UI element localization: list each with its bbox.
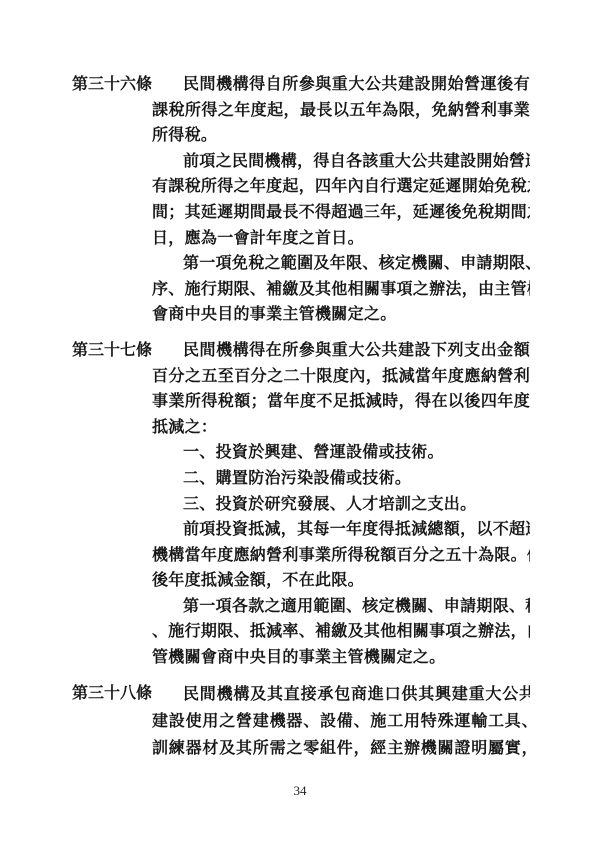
text-line: 民間機構及其直接承包商進口供其興建重大公共	[152, 681, 530, 708]
text-line: 管機關會商中央目的事業主管機關定之。	[152, 645, 530, 671]
text-line: 日，應為一會計年度之首日。	[152, 226, 530, 252]
text-line: 會商中央目的事業主管機關定之。	[152, 302, 530, 328]
text-line: 抵減之：	[152, 415, 530, 441]
paragraph: 民間機構及其直接承包商進口供其興建重大公共建設使用之營建機器、設備、施工用特殊運…	[152, 681, 530, 763]
paragraph: 前項之民間機構，得自各該重大公共建設開始營運後有課稅所得之年度起，四年內自行選定…	[152, 149, 530, 251]
text-line: 間；其延遲期間最長不得超過三年，延遲後免稅期間之始	[152, 200, 530, 226]
text-line: 所得稅。	[152, 123, 530, 149]
article-section: 第三十七條民間機構得在所參與重大公共建設下列支出金額百分之五至百分之二十限度內，…	[72, 338, 530, 671]
text-line: 第一項各款之適用範圍、核定機關、申請期限、程序	[152, 594, 530, 620]
text-line: 一、投資於興建、營運設備或技術。	[152, 440, 530, 466]
text-line: 課稅所得之年度起，最長以五年為限，免納營利事業	[152, 98, 530, 124]
text-line: 機構當年度應納營利事業所得稅額百分之五十為限。但最	[152, 543, 530, 569]
article-body: 民間機構得在所參與重大公共建設下列支出金額百分之五至百分之二十限度內，抵減當年度…	[152, 338, 530, 671]
article-number: 第三十六條	[72, 72, 152, 328]
paragraph: 民間機構得自所參與重大公共建設開始營運後有課稅所得之年度起，最長以五年為限，免納…	[152, 72, 530, 149]
text-line: 前項之民間機構，得自各該重大公共建設開始營運後	[152, 149, 530, 175]
document-page: 第三十六條民間機構得自所參與重大公共建設開始營運後有課稅所得之年度起，最長以五年…	[0, 0, 600, 848]
paragraph: 民間機構得在所參與重大公共建設下列支出金額百分之五至百分之二十限度內，抵減當年度…	[152, 338, 530, 440]
article-body: 民間機構及其直接承包商進口供其興建重大公共建設使用之營建機器、設備、施工用特殊運…	[152, 681, 530, 763]
paragraph: 第一項各款之適用範圍、核定機關、申請期限、程序、施行期限、抵減率、補繳及其他相關…	[152, 594, 530, 671]
paragraph: 第一項免稅之範圍及年限、核定機關、申請期限、程序、施行期限、補繳及其他相關事項之…	[152, 251, 530, 328]
paragraph: 一、投資於興建、營運設備或技術。	[152, 440, 530, 466]
text-line: 二、購置防治污染設備或技術。	[152, 466, 530, 492]
article-section: 第三十八條民間機構及其直接承包商進口供其興建重大公共建設使用之營建機器、設備、施…	[72, 681, 530, 763]
text-line: 百分之五至百分之二十限度內，抵減當年度應納營利	[152, 364, 530, 390]
text-line: 序、施行期限、補繳及其他相關事項之辦法，由主管機關	[152, 277, 530, 303]
text-line: 有課稅所得之年度起，四年內自行選定延遲開始免稅之期	[152, 174, 530, 200]
text-line: 事業所得稅額；當年度不足抵減時，得在以後四年度	[152, 389, 530, 415]
paragraph: 前項投資抵減，其每一年度得抵減總額，以不超過該機構當年度應納營利事業所得稅額百分…	[152, 517, 530, 594]
article-body: 民間機構得自所參與重大公共建設開始營運後有課稅所得之年度起，最長以五年為限，免納…	[152, 72, 530, 328]
page-number: 34	[0, 783, 600, 799]
text-line: 民間機構得在所參與重大公共建設下列支出金額	[152, 338, 530, 364]
paragraph: 三、投資於研究發展、人才培訓之支出。	[152, 492, 530, 518]
text-line: 建設使用之營建機器、設備、施工用特殊運輸工具、	[152, 708, 530, 735]
text-line: 第一項免稅之範圍及年限、核定機關、申請期限、程	[152, 251, 530, 277]
article-number: 第三十八條	[72, 681, 152, 763]
text-line: 訓練器材及其所需之零組件，經主辦機關證明屬實，	[152, 735, 530, 762]
text-line: 民間機構得自所參與重大公共建設開始營運後有	[152, 72, 530, 98]
article-section: 第三十六條民間機構得自所參與重大公共建設開始營運後有課稅所得之年度起，最長以五年…	[72, 72, 530, 328]
paragraph: 二、購置防治污染設備或技術。	[152, 466, 530, 492]
text-line: 後年度抵減金額，不在此限。	[152, 568, 530, 594]
text-line: 三、投資於研究發展、人才培訓之支出。	[152, 492, 530, 518]
text-line: 前項投資抵減，其每一年度得抵減總額，以不超過該	[152, 517, 530, 543]
text-line: 、施行期限、抵減率、補繳及其他相關事項之辦法，由主	[152, 619, 530, 645]
articles-container: 第三十六條民間機構得自所參與重大公共建設開始營運後有課稅所得之年度起，最長以五年…	[0, 0, 600, 763]
article-number: 第三十七條	[72, 338, 152, 671]
